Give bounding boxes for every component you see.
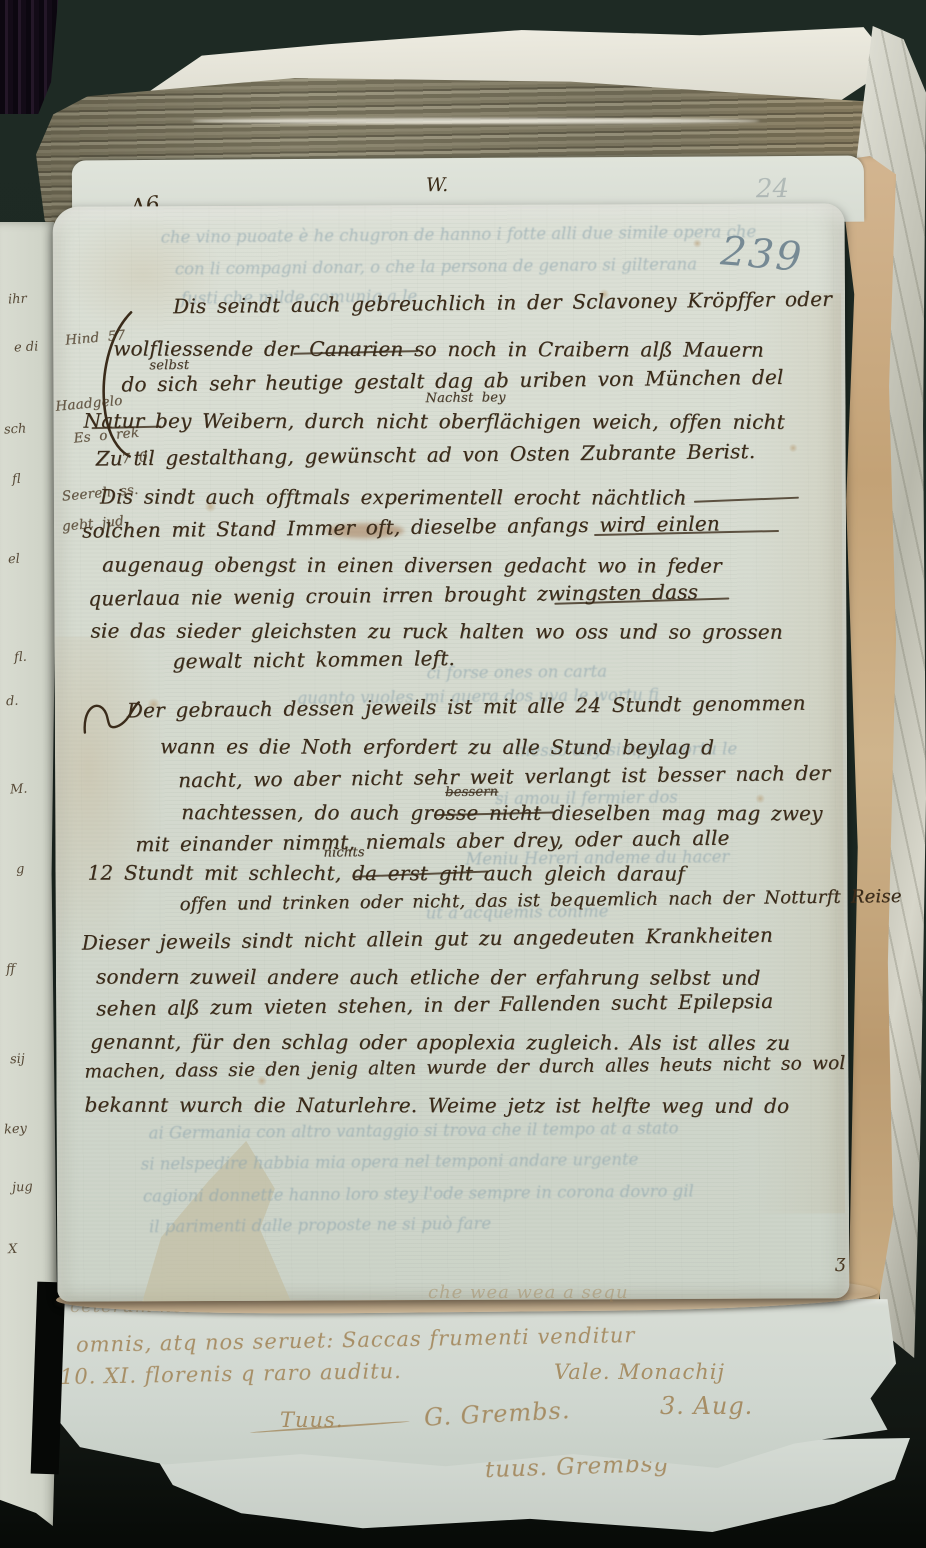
manuscript-line: sehen alß zum vieten stehen, in der Fall… — [96, 989, 773, 1021]
manuscript-line: wolfliessende der Canarien so noch in Cr… — [113, 336, 764, 361]
ink-fragment: jug — [12, 1179, 33, 1195]
manuscript-line: genannt, für den schlag oder apoplexia z… — [90, 1030, 790, 1055]
manuscript-line: gewalt nicht kommen left. — [172, 646, 455, 673]
manuscript-page-239: 239 che vino puoate è he chugron de hann… — [53, 203, 850, 1301]
bleedthrough-line: con li compagni donar, o che la persona … — [175, 255, 697, 279]
manuscript-line: wann es die Noth erfordert zu alle Stund… — [160, 734, 714, 759]
foxing-stain — [54, 636, 165, 966]
latin-line-2a: 10. XI. florenis q raro auditu. — [60, 1359, 402, 1389]
bleedthrough-italian-line: ai Germania con altro vantaggio si trova… — [149, 1119, 679, 1143]
latin-faint-fragment: che wea wea a sequ — [428, 1282, 629, 1303]
shadow-gap — [31, 1282, 66, 1475]
ink-fragment: fl. — [14, 650, 28, 666]
bleedthrough-italian-line: cagioni donnette hanno loro stey l'ode s… — [143, 1182, 694, 1206]
photo-of-manuscript: { "scene": { "description": "Photograph … — [0, 0, 926, 1548]
ink-corner-squiggle: ʒ — [835, 1251, 845, 1272]
latin-vale-monachij: Vale. Monachij — [554, 1360, 725, 1384]
manuscript-line: querlaua nie wenig crouin irren brought … — [88, 580, 698, 611]
date-3-aug: 3. Aug. — [660, 1392, 753, 1420]
manuscript-line: 12 Stundt mit schlecht, da erst gilt auc… — [87, 861, 684, 886]
manuscript-line: augenaug obengst in einen diversen gedac… — [102, 553, 722, 578]
ink-fragment: sch — [4, 421, 27, 437]
manuscript-line: sie das sieder gleichsten zu ruck halten… — [90, 619, 782, 644]
manuscript-line: Dis sindt auch offtmals experimentell er… — [100, 485, 687, 510]
book-spine — [0, 0, 58, 114]
ink-fragment: key — [4, 1121, 28, 1137]
manuscript-line: Der gebrauch dessen jeweils ist mit alle… — [127, 691, 806, 723]
bleedthrough-italian-line: si nelspedire habbia mia opera nel tempo… — [141, 1150, 639, 1174]
ghost-folio-number: 24 — [756, 174, 789, 204]
latin-line-1: omnis, atq nos seruet: Saccas frumenti v… — [76, 1323, 636, 1357]
manuscript-line: offen und trinken oder nicht, das ist be… — [180, 886, 902, 915]
fox-spot — [789, 443, 798, 452]
manuscript-line: solchen mit Stand Immer oft, dieselbe an… — [82, 511, 720, 542]
bleedthrough-italian-line: il parimenti dalle proposte ne si può fa… — [149, 1214, 491, 1236]
ink-fragment: d. — [6, 694, 19, 710]
manuscript-line: Natur bey Weibern, durch nicht oberfläch… — [84, 409, 785, 434]
margin-note: 7 0. — [121, 449, 153, 468]
manuscript-line: nacht, wo aber nicht sehr weit verlangt … — [178, 761, 831, 792]
bleedthrough-fragment: ci forse ones on carta — [427, 662, 608, 683]
manuscript-line: Dieser jeweils sindt nicht allein gut zu… — [82, 923, 773, 955]
ink-fragment: e di — [14, 339, 39, 355]
ink-fragment: g — [16, 862, 25, 877]
manuscript-line: sondern zuweil andere auch etliche der e… — [96, 965, 761, 990]
ink-fragment: el — [8, 552, 21, 568]
interlinear-insertion-struck: bessern — [445, 784, 498, 800]
manuscript-line: bekannt wurch die Naturlehre. Weime jetz… — [85, 1093, 790, 1118]
ink-fragment: ff — [6, 962, 16, 977]
ink-fragment: ihr — [8, 292, 28, 308]
ink-fragment: M. — [10, 782, 28, 798]
strikethrough-mark — [694, 497, 799, 503]
ink-top-mark: W. — [426, 174, 448, 196]
interlinear-insertion: Nachst bey — [425, 390, 505, 406]
paper-fiber-highlight — [191, 118, 760, 124]
bleedthrough-line: che vino puoate è he chugron de hanno i … — [161, 222, 757, 247]
manuscript-line: Zu til gestalthang, gewünscht ad von Ost… — [96, 439, 756, 470]
ink-fragment: sij — [10, 1052, 26, 1068]
signature-grembs: G. Grembs. — [423, 1396, 571, 1432]
manuscript-line: machen, dass sie den jenig alten wurde d… — [84, 1053, 845, 1083]
interlinear-insertion: nichts — [323, 845, 364, 860]
page-below-latin-closing: ceterum nos omnis, atq nos seruet: Sacca… — [46, 1294, 896, 1468]
ink-fragment: fl — [12, 472, 21, 487]
ink-fragment: X — [8, 1242, 18, 1257]
